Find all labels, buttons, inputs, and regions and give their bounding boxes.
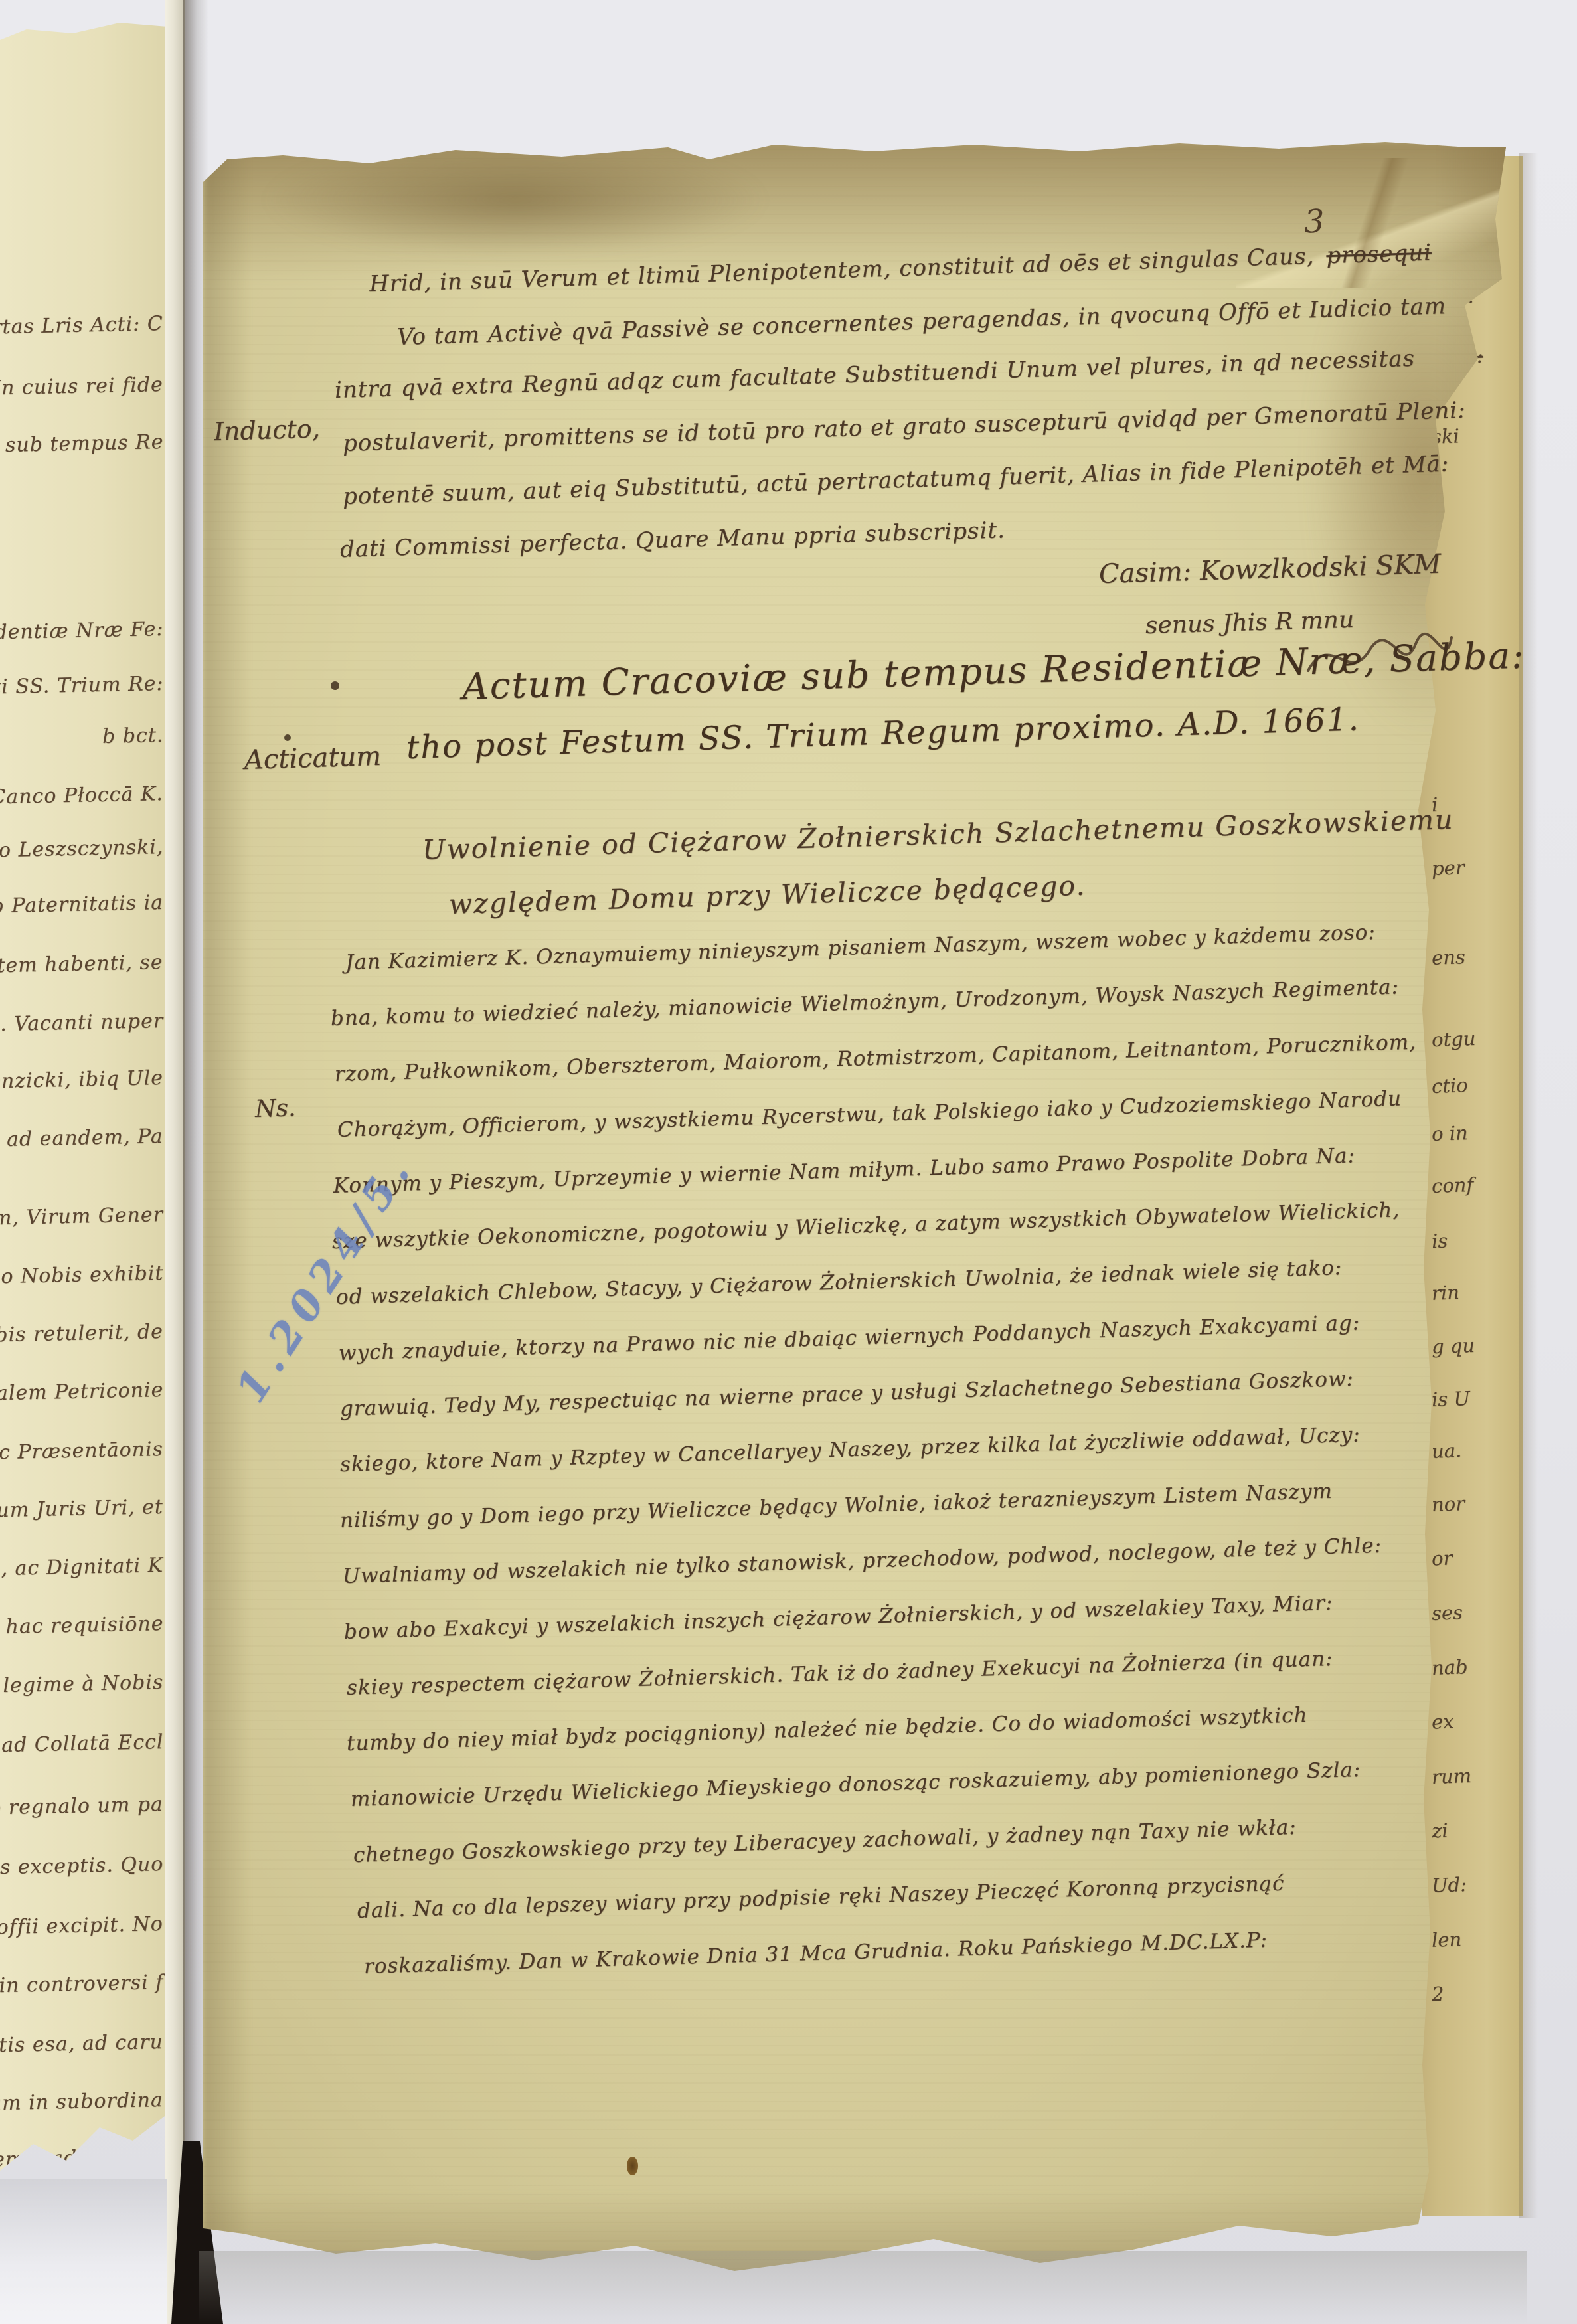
under-page-text-fragment: nab [1431, 1655, 1468, 1679]
main-page [203, 139, 1525, 2279]
left-page-text-fragment: è Nobis dilecte. Vacanti nuper [0, 1009, 163, 1039]
left-page-text-fragment: Bartholomæi Lenzicki, ibiq Ule [0, 1066, 163, 1097]
page-edge-strip [165, 0, 185, 2324]
under-page-text-fragment: i [1431, 793, 1438, 816]
left-page-text-fragment: o Cracoviæ sub tempus Re [0, 430, 163, 459]
left-page-text-fragment: Dnō Wenceslao Leszsczynski, [0, 835, 163, 865]
under-page-text-fragment: o in [1431, 1121, 1468, 1145]
under-page-text-fragment: otgu [1431, 1027, 1476, 1051]
under-page-text-fragment: Ud: [1431, 1873, 1467, 1897]
paper-stain [203, 139, 251, 2279]
left-page-text-fragment: cclaiā Parochialem Petriconie [0, 1378, 163, 1408]
left-page-text-fragment: insertas Lris Acti: C [0, 312, 163, 340]
under-page-text-fragment: ctio [1431, 1074, 1468, 1098]
left-page-text-fragment: s attentā cum Juris Uri, et [0, 1495, 163, 1525]
page-right-shadow [1519, 153, 1538, 2218]
left-page-text-fragment: uimus. In cuius rei fide [0, 373, 163, 402]
left-page-text-fragment: aliud ad Collatā Eccl [0, 1730, 163, 1758]
left-page-text-fragment: b bct. [102, 724, 163, 748]
left-page-text-fragment: lao, et offis exceptis. Quo [0, 1853, 163, 1882]
bottom-shadow [199, 2251, 1527, 2324]
under-page-text-fragment: or [1431, 1546, 1452, 1570]
left-page-text-fragment: ni, Uti vista, ac Dignitati K [0, 1554, 163, 1583]
left-page-text-fragment: ysi, aut sub Paternitatis ia [0, 891, 163, 920]
paper-stain [203, 139, 1525, 282]
left-page-text-fragment: praestao fidem, eadem Man [0, 2145, 163, 2174]
under-page-text-fragment: g qu [1431, 1334, 1475, 1358]
under-page-text-fragment: zi [1431, 1819, 1448, 1843]
left-page-text-fragment: vale etiam in subordina [0, 2088, 163, 2117]
left-page-text-fragment: g, tunc tertiā hac requisiōne [0, 1612, 163, 1642]
paper-stain [263, 143, 768, 256]
under-page-text-fragment: ex [1431, 1710, 1454, 1733]
under-page-text-fragment: conf [1431, 1173, 1473, 1197]
under-page-text-fragment: rin [1431, 1281, 1459, 1304]
manuscript-scan: insertas Lris Acti: C uimus. In cuius re… [0, 0, 1577, 2324]
background-sheet [0, 2179, 167, 2324]
under-page-text-fragment: is [1431, 1230, 1448, 1253]
under-page-text-fragment: len [1431, 1928, 1461, 1951]
left-page-text-fragment: ti SS. Trium Re: [0, 672, 163, 699]
left-page-text-fragment: ad sui offii excipit. No [0, 1912, 163, 1941]
left-page-text-fragment: dsentatg, Nobis retulerit, de [0, 1320, 163, 1350]
under-page-text-fragment: ua. [1431, 1439, 1461, 1463]
left-page-text-fragment: præsentauerung ad eandem, Pa [0, 1125, 163, 1155]
corner-crease [1236, 158, 1521, 288]
under-page-text-fragment: rum [1431, 1764, 1471, 1788]
under-page-text-fragment: ses [1431, 1601, 1463, 1625]
left-page: insertas Lris Acti: C uimus. In cuius re… [0, 16, 167, 2182]
left-page-text-fragment: Lipski, Uti legime à Nobis [0, 1671, 163, 1700]
left-page-text-fragment: ski, Canco Płoccā K. [0, 782, 163, 810]
under-page-text-fragment: ens [1431, 946, 1465, 969]
left-page-text-fragment: Residentiæ Nræ Fe: [0, 618, 163, 645]
under-page-text-fragment: per [1431, 856, 1465, 880]
left-page-text-fragment: i Collāonis ac Præsentāonis [0, 1438, 163, 1467]
left-page-text-fragment: Voluntatis esa, ad caru [0, 2031, 163, 2059]
under-page-text-fragment: nor [1431, 1492, 1465, 1516]
left-page-text-fragment: agendo potestatem habenti, se [0, 951, 163, 981]
left-page-text-fragment: Secriam Urum, Virum Gener [0, 1203, 163, 1233]
left-page-text-fragment: ederigo in controversi f [0, 1971, 163, 1999]
under-page-text-fragment: is U [1431, 1387, 1470, 1411]
left-page-text-fragment: nolis Servitij seorlo Nobis exhibit [0, 1262, 163, 1292]
left-page-text-fragment: emquam, o regnalo um pa [0, 1793, 163, 1822]
under-page-text-fragment: 2 [1431, 1983, 1444, 2006]
